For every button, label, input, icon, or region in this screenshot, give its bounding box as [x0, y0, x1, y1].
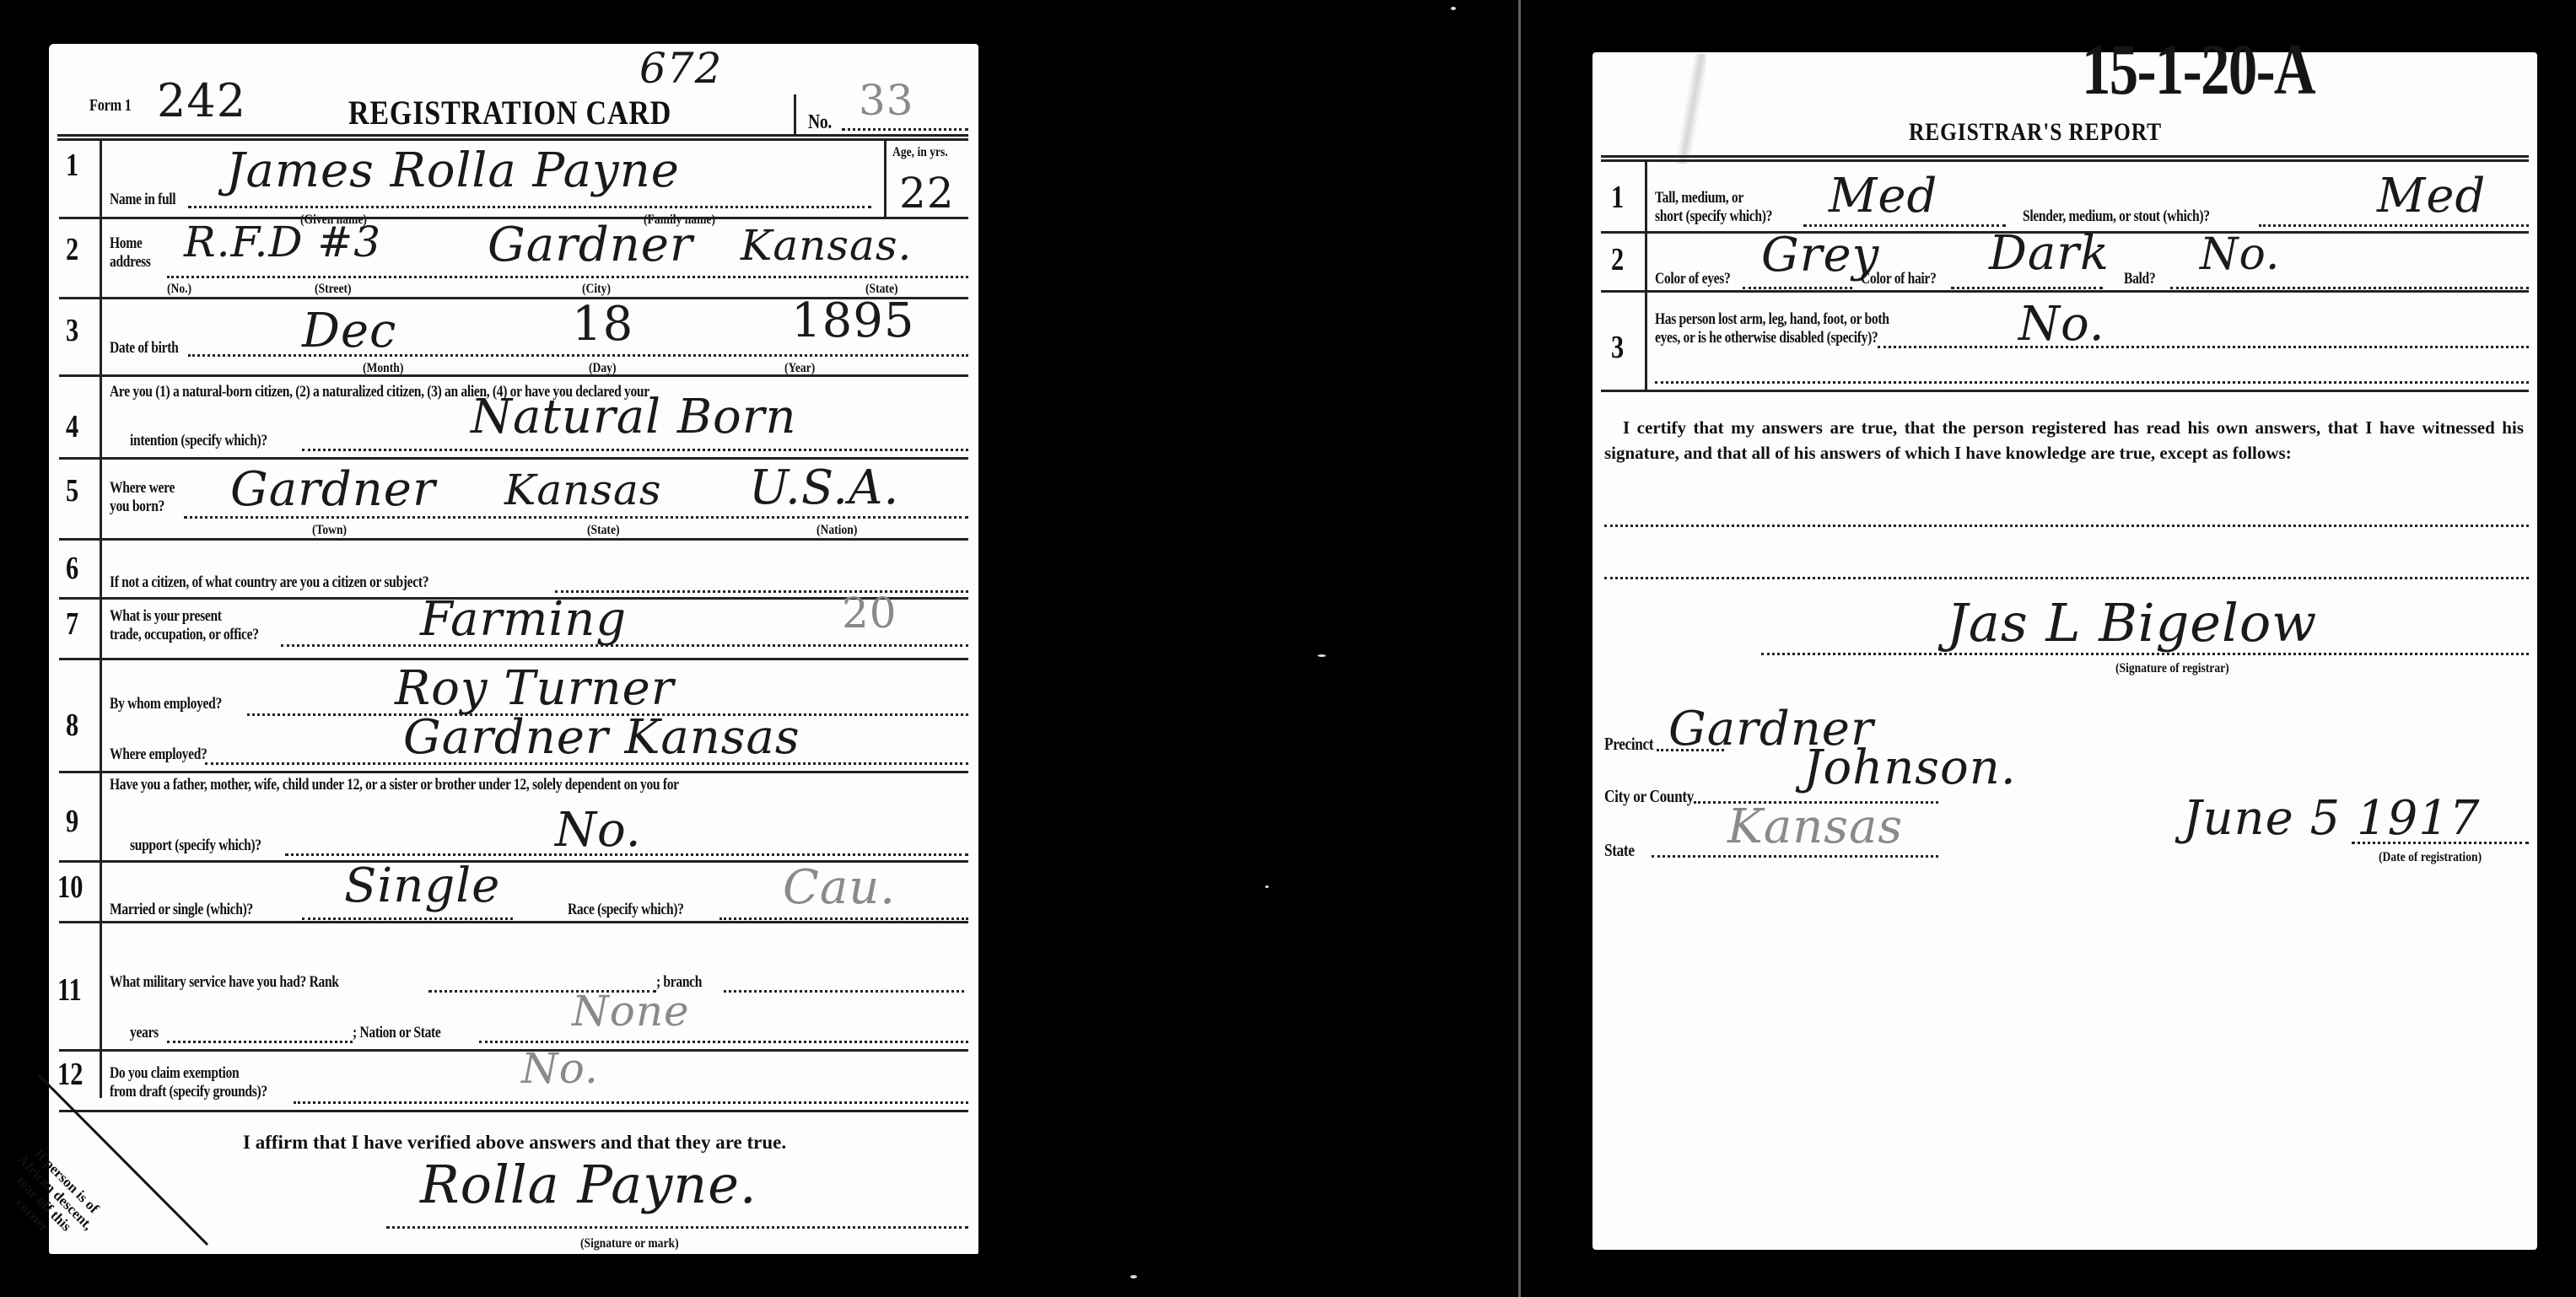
- state-label: State: [1604, 840, 1635, 861]
- marital-status-value: Single: [344, 858, 500, 913]
- caption-state-2: (State): [587, 523, 620, 538]
- county-value: Johnson.: [1803, 740, 2017, 795]
- employer-value: Roy Turner: [395, 661, 674, 716]
- hair-color-value: Dark: [1989, 226, 2110, 281]
- scan-speck: [1265, 885, 1269, 888]
- address-city-value: Gardner: [488, 218, 693, 272]
- scan-smudge: [1673, 54, 1706, 164]
- dependents-label: support (specify which)?: [130, 837, 261, 855]
- scan-speck: [1451, 7, 1456, 10]
- name-label: Name in full: [110, 191, 175, 209]
- military-service-value: None: [572, 987, 690, 1036]
- dependents-value: No.: [555, 803, 642, 858]
- precinct-label: Precinct: [1604, 734, 1653, 755]
- no-label: No.: [808, 111, 832, 134]
- row-number: 4: [66, 408, 78, 445]
- occupation-label: What is your present: [110, 607, 222, 626]
- years-label: years: [130, 1024, 159, 1042]
- row-number: 1: [66, 147, 78, 184]
- age-value: 22: [899, 169, 955, 218]
- registrar-signature: Jas L Bigelow: [1947, 592, 2317, 654]
- registration-date-value: June 5 1917: [2183, 791, 2480, 846]
- address-number-value: R.F.D #3: [184, 218, 381, 266]
- row-number: 5: [66, 472, 78, 509]
- name-value: James Rolla Payne: [226, 143, 680, 198]
- birth-nation-value: U.S.A.: [749, 460, 899, 515]
- registration-card: Form 1 242 REGISTRATION CARD 672 No. 33 …: [49, 44, 978, 1254]
- caption-no: (No.): [167, 282, 191, 297]
- caption-town: (Town): [312, 523, 347, 538]
- military-service-label: What military service have you had? Rank: [110, 973, 339, 992]
- registrars-report-card: 15-1-20-A REGISTRAR'S REPORT 1 Tall, med…: [1592, 52, 2537, 1250]
- signature-caption: (Signature or mark): [580, 1236, 679, 1251]
- age-label: Age, in yrs.: [892, 145, 948, 160]
- certification-text: I certify that my answers are true, that…: [1604, 415, 2524, 466]
- foreign-citizenship-label: If not a citizen, of what country are yo…: [110, 573, 428, 592]
- registration-date-caption: (Date of registration): [2379, 850, 2482, 865]
- occupation-label-2: trade, occupation, or office?: [110, 626, 259, 644]
- birthplace-label-2: you born?: [110, 498, 164, 516]
- row-number: 8: [66, 707, 78, 744]
- registrant-signature: Rolla Payne.: [420, 1154, 757, 1215]
- bald-value: No.: [2200, 229, 2280, 280]
- report-title: REGISTRAR'S REPORT: [1909, 118, 2162, 147]
- county-label: City or County: [1604, 786, 1694, 807]
- citizenship-value: Natural Born: [471, 390, 797, 444]
- row-number: 3: [1611, 329, 1624, 366]
- height-label: Tall, medium, or: [1655, 189, 1743, 207]
- home-address-label: Home: [110, 234, 143, 253]
- address-state-value: Kansas.: [741, 221, 912, 270]
- nation-or-state-label: ; Nation or State: [353, 1024, 440, 1042]
- occupation-note: 20: [842, 589, 897, 638]
- caption-street: (Street): [315, 282, 352, 297]
- hair-color-label: Color of hair?: [1861, 270, 1936, 288]
- employment-place-value: Gardner Kansas: [403, 710, 800, 765]
- disability-value: No.: [2018, 297, 2105, 352]
- birth-town-value: Gardner: [230, 462, 436, 517]
- marital-status-label: Married or single (which)?: [110, 901, 253, 919]
- form-number-handwritten: 242: [157, 74, 246, 127]
- disability-label: Has person lost arm, leg, hand, foot, or…: [1655, 310, 1889, 329]
- exemption-value: No.: [521, 1044, 599, 1093]
- eye-color-label: Color of eyes?: [1655, 270, 1730, 288]
- row-number: 1: [1611, 179, 1624, 216]
- build-value: Med: [2377, 169, 2486, 223]
- registrar-signature-caption: (Signature of registrar): [2115, 661, 2229, 676]
- row-number: 3: [66, 312, 78, 349]
- birth-year-value: 1895: [791, 293, 915, 348]
- citizenship-label: intention (specify which)?: [130, 432, 267, 450]
- row-number: 7: [66, 605, 78, 643]
- date-of-birth-label: Date of birth: [110, 339, 178, 358]
- birth-state-value: Kansas: [504, 466, 662, 514]
- height-label-2: short (specify which)?: [1655, 207, 1772, 226]
- state-value: Kansas: [1727, 799, 1903, 854]
- bald-label: Bald?: [2124, 270, 2155, 288]
- employment-place-label: Where employed?: [110, 745, 207, 764]
- birth-day-value: 18: [572, 297, 633, 352]
- row-number: 2: [1611, 241, 1624, 278]
- scan-speck: [1130, 1275, 1137, 1278]
- row-number: 11: [57, 971, 82, 1009]
- dependents-question: Have you a father, mother, wife, child u…: [110, 776, 679, 794]
- occupation-value: Farming: [420, 592, 627, 647]
- birthplace-label: Where were: [110, 479, 175, 498]
- height-value: Med: [1829, 169, 1937, 223]
- registration-number: 33: [859, 76, 914, 125]
- form-label: Form 1: [89, 96, 131, 116]
- row-number: 6: [66, 550, 78, 587]
- birth-month-value: Dec: [302, 304, 396, 358]
- build-label: Slender, medium, or stout (which)?: [2023, 207, 2210, 226]
- serial-number-handwritten: 672: [639, 44, 722, 93]
- row-number: 10: [57, 869, 83, 906]
- row-number: 2: [66, 231, 78, 268]
- scan-speck: [1318, 654, 1326, 657]
- affirmation-text: I affirm that I have verified above answ…: [243, 1132, 786, 1154]
- home-address-label-2: address: [110, 253, 151, 272]
- caption-city: (City): [582, 282, 611, 297]
- scan-divider-line: [1518, 0, 1521, 1297]
- race-label: Race (specify which)?: [568, 901, 684, 919]
- card-title: REGISTRATION CARD: [348, 93, 671, 132]
- caption-nation: (Nation): [816, 523, 857, 538]
- race-value: Cau.: [783, 860, 896, 915]
- stamp-number: 15-1-20-A: [2082, 27, 2315, 111]
- row-number: 9: [66, 803, 78, 840]
- employer-label: By whom employed?: [110, 695, 222, 713]
- disability-label-2: eyes, or is he otherwise disabled (speci…: [1655, 329, 1878, 347]
